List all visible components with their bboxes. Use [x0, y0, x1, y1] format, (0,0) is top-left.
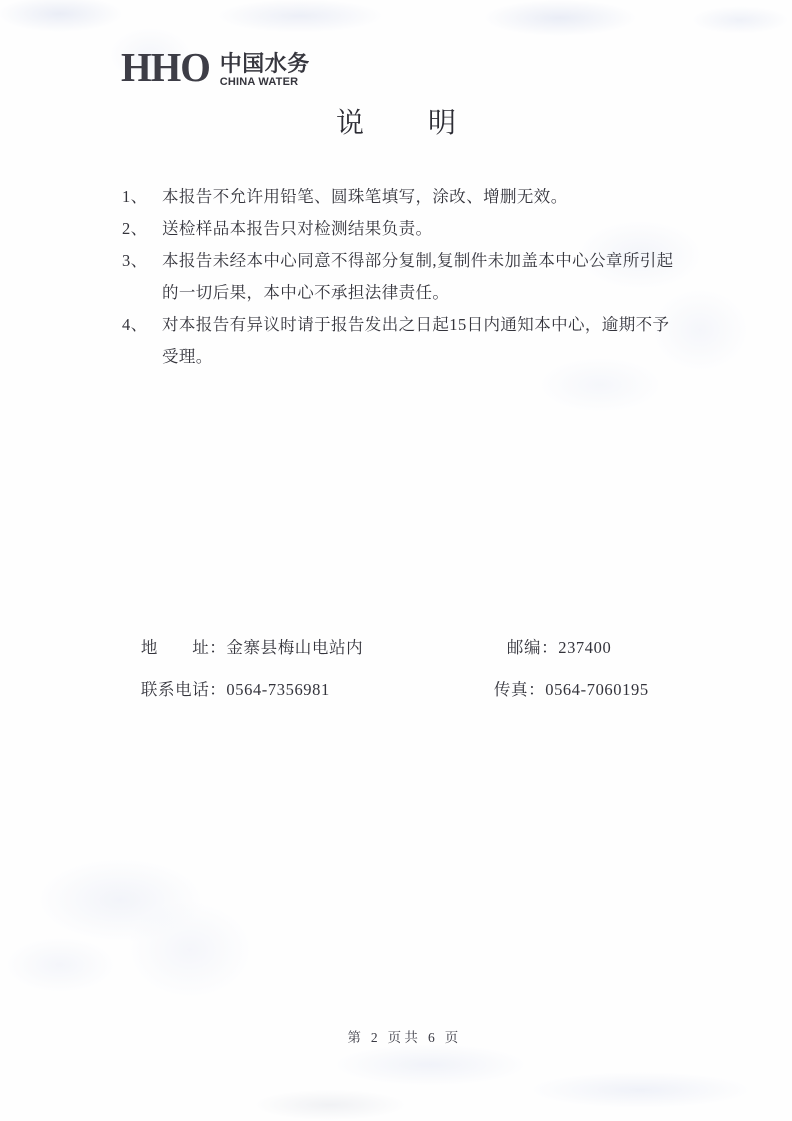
note-number: 1、: [122, 181, 162, 213]
logo-chinese-name: 中国水务: [220, 52, 310, 76]
logo-name-block: 中国水务 CHINA WATER: [220, 46, 310, 88]
page-title-char2: 明: [428, 108, 456, 139]
logo-english-name: CHINA WATER: [220, 76, 310, 88]
footer-total-pages: 6: [428, 1030, 435, 1045]
footer-prefix: 第: [347, 1030, 361, 1045]
address-value: 金寨县梅山电站内: [226, 638, 363, 657]
document-page: HHO 中国水务 CHINA WATER 说明 1、 本报告不允许用铅笔、圆珠笔…: [0, 0, 792, 1121]
fax-value: 0564-7060195: [545, 680, 648, 699]
postcode-label: 邮编：: [507, 638, 558, 657]
scan-texture: [0, 0, 792, 1121]
footer-current-page: 2: [371, 1030, 378, 1045]
postcode-value: 237400: [558, 638, 611, 657]
note-number: 4、: [122, 309, 162, 373]
note-item-3: 3、 本报告未经本中心同意不得部分复制,复制件未加盖本中心公章所引起的一切后果，…: [122, 245, 684, 309]
phone-label: 联系电话：: [141, 680, 227, 699]
logo-hho-text: HHO: [121, 46, 210, 88]
note-text: 本报告不允许用铅笔、圆珠笔填写，涂改、增删无效。: [162, 181, 684, 213]
note-item-1: 1、 本报告不允许用铅笔、圆珠笔填写，涂改、增删无效。: [122, 181, 684, 213]
fax-label: 传真：: [494, 680, 545, 699]
footer-page-number: 第2页 共6页: [0, 1010, 792, 1062]
footer-middle: 页 共: [388, 1030, 418, 1045]
company-logo: HHO 中国水务 CHINA WATER: [121, 46, 310, 88]
address-label: 地 址：: [141, 638, 227, 657]
note-text: 对本报告有异议时请于报告发出之日起15日内通知本中心，逾期不予受理。: [162, 309, 684, 373]
phone-value: 0564-7356981: [226, 680, 329, 699]
note-text: 送检样品本报告只对检测结果负责。: [162, 213, 684, 245]
page-title: 说明: [0, 101, 792, 141]
notes-list: 1、 本报告不允许用铅笔、圆珠笔填写，涂改、增删无效。 2、 送检样品本报告只对…: [122, 181, 684, 373]
note-number: 2、: [122, 213, 162, 245]
page-title-char1: 说: [336, 108, 364, 139]
note-number: 3、: [122, 245, 162, 309]
note-text: 本报告未经本中心同意不得部分复制,复制件未加盖本中心公章所引起的一切后果，本中心…: [162, 245, 684, 309]
note-item-4: 4、 对本报告有异议时请于报告发出之日起15日内通知本中心，逾期不予受理。: [122, 309, 684, 373]
fax-row: 传真：0564-7060195: [475, 656, 649, 720]
phone-row: 联系电话：0564-7356981: [122, 656, 330, 720]
footer-suffix: 页: [445, 1030, 459, 1045]
note-item-2: 2、 送检样品本报告只对检测结果负责。: [122, 213, 684, 245]
